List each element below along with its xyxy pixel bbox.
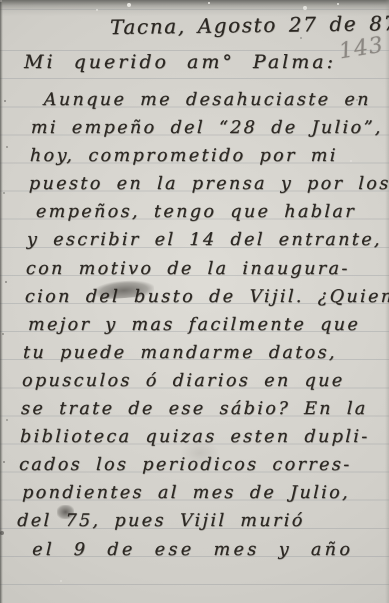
letter-line: pondientes al mes de Julio, [18,479,380,507]
letter-line: mi empeño del “28 de Julio”, [30,114,389,142]
letter-salutation: Mi querido am° Palma: [24,51,336,73]
letter-line: opusculos ó diarios en que [22,367,384,395]
letter-line: hoy, comprometido por mi [29,142,389,170]
letter-line: el 9 de ese mes y año [16,536,378,564]
letter-line: con motivo de la inaugura- [25,255,387,283]
letter-line: puesto en la prensa y por los [28,170,389,198]
letter-line: cados los periodicos corres- [19,451,381,479]
letter-line: Aunque me desahuciaste en [31,86,389,114]
letter-body: Aunque me desahuciaste en mi empeño del … [16,86,389,564]
letter-line: se trate de ese sábio? En la [21,395,383,423]
letter-line: tu puede mandarme datos, [23,339,385,367]
letter-line: biblioteca quizas esten dupli- [20,423,382,451]
letter-line: del 75, pues Vijil murió [17,507,379,535]
letter-dateline: Tacna, Agosto 27 de 87. [110,11,389,39]
scan-left-edge-shadow [0,0,3,603]
folio-page-number: 143 [337,33,385,65]
paper-dark-specks [0,0,2,2]
scanned-letter-page: Tacna, Agosto 27 de 87. 143 Mi querido a… [0,0,389,603]
letter-line: cion del busto de Vijil. ¿Quien [24,283,386,311]
letter-line: empeños, tengo que hablar [27,198,389,226]
letter-line: y escribir el 14 del entrante, [26,226,388,254]
letter-line: mejor y mas facilmente que [24,311,386,339]
